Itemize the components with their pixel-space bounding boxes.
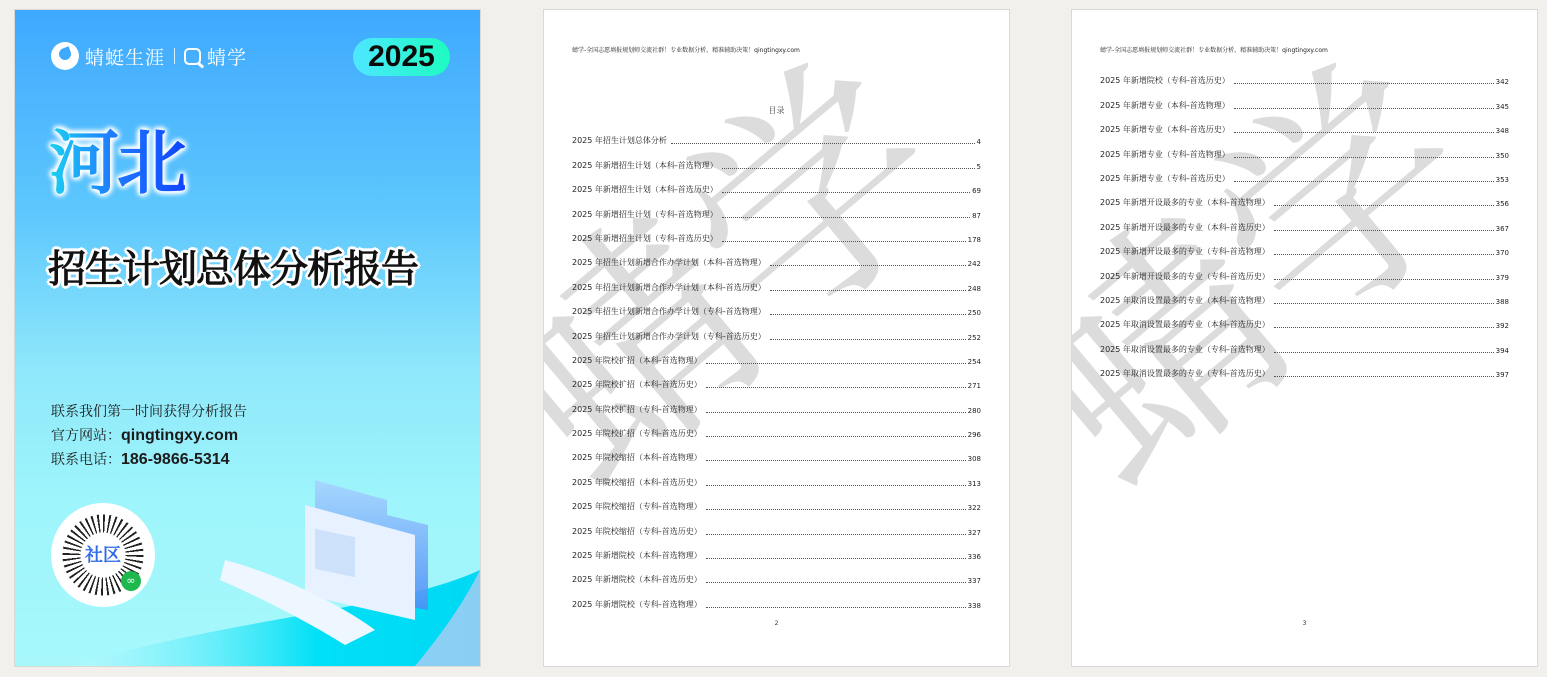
phone-label: 联系电话： bbox=[51, 452, 121, 468]
toc-entry-label: 2025 年招生计划总体分析 bbox=[572, 135, 667, 146]
toc-entry-label: 2025 年院校缩招（本科-首选物理） bbox=[572, 452, 702, 463]
toc-entry-label: 2025 年新增院校（本科-首选历史） bbox=[572, 574, 702, 585]
qr-label: 社区 bbox=[51, 541, 155, 567]
toc-entry-label: 2025 年新增开设最多的专业（本科-首选历史） bbox=[1100, 222, 1270, 233]
brand-primary: 蜻蜓生涯 bbox=[85, 43, 165, 70]
page-header: 蜻学-全国志愿填报规划师交流社群！专业数据分析，精准辅助决策！qingtingx… bbox=[1100, 45, 1328, 54]
toc-entry-label: 2025 年院校缩招（本科-首选历史） bbox=[572, 477, 702, 488]
toc-leader-dots bbox=[722, 241, 966, 242]
toc-entry[interactable]: 2025 年新增院校（专科-首选物理）338 bbox=[572, 585, 981, 609]
toc-entry-label: 2025 年取消设置最多的专业（本科-首选物理） bbox=[1100, 295, 1270, 306]
toc-leader-dots bbox=[1234, 181, 1494, 182]
toc-leader-dots bbox=[1274, 352, 1494, 353]
toc-page-3: 蜻学 蜻学-全国志愿填报规划师交流社群！专业数据分析，精准辅助决策！qingti… bbox=[1072, 10, 1537, 666]
toc-entry[interactable]: 2025 年招生计划新增合作办学计划（专科-首选历史）252 bbox=[572, 317, 981, 341]
toc-entry[interactable]: 2025 年新增院校（专科-首选历史）342 bbox=[1100, 62, 1509, 86]
toc-entry-label: 2025 年院校扩招（本科-首选物理） bbox=[572, 355, 702, 366]
toc-leader-dots bbox=[706, 387, 966, 388]
mini-program-icon: ∞ bbox=[121, 571, 141, 591]
toc-entry-page: 337 bbox=[968, 577, 981, 585]
toc-entry[interactable]: 2025 年院校缩招（专科-首选历史）327 bbox=[572, 512, 981, 536]
toc-list: 2025 年招生计划总体分析42025 年新增招生计划（本科-首选物理）5202… bbox=[572, 122, 981, 610]
toc-entry[interactable]: 2025 年招生计划新增合作办学计划（本科-首选物理）242 bbox=[572, 244, 981, 268]
toc-entry[interactable]: 2025 年新增开设最多的专业（本科-首选历史）367 bbox=[1100, 208, 1509, 232]
toc-leader-dots bbox=[706, 509, 966, 510]
toc-entry-page: 252 bbox=[968, 334, 981, 342]
toc-entry[interactable]: 2025 年新增院校（本科-首选物理）336 bbox=[572, 537, 981, 561]
cover-title-subtitle: 招生计划总体分析报告 bbox=[48, 238, 418, 293]
toc-leader-dots bbox=[706, 607, 966, 608]
toc-leader-dots bbox=[722, 217, 970, 218]
toc-entry-page: 327 bbox=[968, 529, 981, 537]
toc-leader-dots bbox=[1274, 205, 1494, 206]
toc-entry-label: 2025 年院校扩招（专科-首选历史） bbox=[572, 428, 702, 439]
toc-entry[interactable]: 2025 年院校扩招（本科-首选物理）254 bbox=[572, 342, 981, 366]
toc-entry-page: 322 bbox=[968, 504, 981, 512]
toc-entry-page: 87 bbox=[972, 212, 981, 220]
toc-entry[interactable]: 2025 年新增专业（专科-首选历史）353 bbox=[1100, 160, 1509, 184]
toc-entry-label: 2025 年新增专业（专科-首选物理） bbox=[1100, 149, 1230, 160]
toc-entry-page: 379 bbox=[1496, 274, 1509, 282]
toc-entry-label: 2025 年招生计划新增合作办学计划（专科-首选历史） bbox=[572, 331, 766, 342]
toc-entry[interactable]: 2025 年招生计划新增合作办学计划（专科-首选物理）250 bbox=[572, 293, 981, 317]
toc-entry-page: 271 bbox=[968, 382, 981, 390]
year-badge: 2025 bbox=[353, 38, 450, 76]
toc-leader-dots bbox=[706, 460, 966, 461]
toc-entry-label: 2025 年新增院校（专科-首选历史） bbox=[1100, 75, 1230, 86]
cover-page: 蜻蜓生涯 蜻学 2025 河北 招生计划总体分析报告 联系我们第一时间获得分析报… bbox=[15, 10, 480, 666]
toc-entry[interactable]: 2025 年新增招生计划（专科-首选历史）178 bbox=[572, 220, 981, 244]
toc-leader-dots bbox=[722, 192, 970, 193]
toc-entry[interactable]: 2025 年院校缩招（专科-首选物理）322 bbox=[572, 488, 981, 512]
toc-leader-dots bbox=[722, 168, 975, 169]
toc-entry-page: 356 bbox=[1496, 200, 1509, 208]
toc-entry[interactable]: 2025 年新增院校（本科-首选历史）337 bbox=[572, 561, 981, 585]
toc-entry-label: 2025 年新增开设最多的专业（专科-首选物理） bbox=[1100, 246, 1270, 257]
phone-value: 186-9866-5314 bbox=[121, 451, 230, 468]
toc-entry-page: 248 bbox=[968, 285, 981, 293]
website-value: qingtingxy.com bbox=[121, 427, 238, 444]
website-label: 官方网站： bbox=[51, 428, 121, 444]
toc-entry-label: 2025 年新增开设最多的专业（专科-首选历史） bbox=[1100, 271, 1270, 282]
toc-entry[interactable]: 2025 年招生计划总体分析4 bbox=[572, 122, 981, 146]
qingxue-logo-icon bbox=[184, 48, 201, 65]
toc-leader-dots bbox=[706, 412, 966, 413]
toc-entry-page: 296 bbox=[968, 431, 981, 439]
toc-entry-label: 2025 年院校扩招（专科-首选物理） bbox=[572, 404, 702, 415]
toc-entry[interactable]: 2025 年新增招生计划（本科-首选历史）69 bbox=[572, 171, 981, 195]
toc-entry-label: 2025 年新增招生计划（本科-首选物理） bbox=[572, 160, 718, 171]
toc-entry[interactable]: 2025 年院校缩招（本科-首选历史）313 bbox=[572, 463, 981, 487]
toc-leader-dots bbox=[1274, 303, 1494, 304]
toc-entry[interactable]: 2025 年新增专业（专科-首选物理）350 bbox=[1100, 135, 1509, 159]
toc-entry[interactable]: 2025 年新增招生计划（专科-首选物理）87 bbox=[572, 195, 981, 219]
toc-entry-label: 2025 年新增开设最多的专业（本科-首选物理） bbox=[1100, 197, 1270, 208]
page-header: 蜻学-全国志愿填报规划师交流社群！专业数据分析，精准辅助决策！qingtingx… bbox=[572, 45, 800, 54]
toc-entry-label: 2025 年新增招生计划（专科-首选物理） bbox=[572, 209, 718, 220]
page-number: 3 bbox=[1072, 620, 1537, 627]
toc-entry-page: 5 bbox=[977, 163, 981, 171]
toc-entry-page: 397 bbox=[1496, 371, 1509, 379]
toc-entry-page: 345 bbox=[1496, 103, 1509, 111]
toc-entry-page: 338 bbox=[968, 602, 981, 610]
brand-header: 蜻蜓生涯 蜻学 bbox=[51, 42, 247, 70]
toc-page-2: 蜻学 蜻学-全国志愿填报规划师交流社群！专业数据分析，精准辅助决策！qingti… bbox=[544, 10, 1009, 666]
toc-entry-label: 2025 年新增院校（专科-首选物理） bbox=[572, 599, 702, 610]
toc-entry-page: 313 bbox=[968, 480, 981, 488]
toc-leader-dots bbox=[1234, 108, 1494, 109]
toc-leader-dots bbox=[706, 485, 966, 486]
toc-leader-dots bbox=[706, 436, 966, 437]
toc-leader-dots bbox=[1234, 83, 1494, 84]
toc-entry[interactable]: 2025 年招生计划新增合作办学计划（本科-首选历史）248 bbox=[572, 268, 981, 292]
toc-entry-label: 2025 年新增专业（本科-首选历史） bbox=[1100, 124, 1230, 135]
toc-entry[interactable]: 2025 年院校扩招（专科-首选物理）280 bbox=[572, 390, 981, 414]
toc-entry-label: 2025 年招生计划新增合作办学计划（本科-首选历史） bbox=[572, 282, 766, 293]
toc-entry[interactable]: 2025 年取消设置最多的专业（专科-首选物理）394 bbox=[1100, 330, 1509, 354]
toc-entry-page: 242 bbox=[968, 260, 981, 268]
toc-entry[interactable]: 2025 年院校扩招（本科-首选历史）271 bbox=[572, 366, 981, 390]
toc-entry-page: 178 bbox=[968, 236, 981, 244]
toc-entry-label: 2025 年院校缩招（专科-首选历史） bbox=[572, 526, 702, 537]
toc-leader-dots bbox=[1274, 230, 1494, 231]
toc-entry-page: 69 bbox=[972, 187, 981, 195]
toc-entry-label: 2025 年新增院校（本科-首选物理） bbox=[572, 550, 702, 561]
brand-secondary: 蜻学 bbox=[207, 43, 247, 70]
toc-entry[interactable]: 2025 年新增专业（本科-首选历史）348 bbox=[1100, 111, 1509, 135]
toc-entry-page: 350 bbox=[1496, 152, 1509, 160]
toc-entry-label: 2025 年取消设置最多的专业（专科-首选历史） bbox=[1100, 368, 1270, 379]
toc-entry-page: 254 bbox=[968, 358, 981, 366]
toc-entry[interactable]: 2025 年新增开设最多的专业（专科-首选历史）379 bbox=[1100, 257, 1509, 281]
toc-leader-dots bbox=[1274, 279, 1494, 280]
toc-entry-page: 348 bbox=[1496, 127, 1509, 135]
toc-entry-page: 308 bbox=[968, 455, 981, 463]
toc-entry[interactable]: 2025 年新增开设最多的专业（本科-首选物理）356 bbox=[1100, 184, 1509, 208]
toc-entry[interactable]: 2025 年新增招生计划（本科-首选物理）5 bbox=[572, 146, 981, 170]
toc-entry-page: 394 bbox=[1496, 347, 1509, 355]
toc-entry-page: 250 bbox=[968, 309, 981, 317]
toc-entry-page: 336 bbox=[968, 553, 981, 561]
toc-entry-page: 4 bbox=[977, 138, 981, 146]
toc-entry-page: 392 bbox=[1496, 322, 1509, 330]
page-number: 2 bbox=[544, 620, 1009, 627]
toc-entry-page: 353 bbox=[1496, 176, 1509, 184]
toc-leader-dots bbox=[1274, 254, 1494, 255]
toc-heading: 目录 bbox=[544, 105, 1009, 116]
toc-leader-dots bbox=[1234, 157, 1494, 158]
toc-entry[interactable]: 2025 年新增开设最多的专业（专科-首选物理）370 bbox=[1100, 233, 1509, 257]
brand-divider bbox=[174, 48, 175, 64]
toc-entry-label: 2025 年招生计划新增合作办学计划（本科-首选物理） bbox=[572, 257, 766, 268]
toc-entry[interactable]: 2025 年取消设置最多的专业（本科-首选物理）388 bbox=[1100, 282, 1509, 306]
toc-entry[interactable]: 2025 年院校缩招（本科-首选物理）308 bbox=[572, 439, 981, 463]
toc-entry-label: 2025 年取消设置最多的专业（专科-首选物理） bbox=[1100, 344, 1270, 355]
toc-leader-dots bbox=[706, 363, 966, 364]
toc-entry-label: 2025 年新增专业（本科-首选物理） bbox=[1100, 100, 1230, 111]
toc-entry-page: 388 bbox=[1496, 298, 1509, 306]
toc-leader-dots bbox=[706, 582, 966, 583]
toc-entry[interactable]: 2025 年院校扩招（专科-首选历史）296 bbox=[572, 415, 981, 439]
toc-entry-page: 370 bbox=[1496, 249, 1509, 257]
toc-entry-label: 2025 年院校扩招（本科-首选历史） bbox=[572, 379, 702, 390]
toc-entry-page: 280 bbox=[968, 407, 981, 415]
toc-leader-dots bbox=[770, 290, 966, 291]
toc-list: 2025 年新增院校（专科-首选历史）3422025 年新增专业（本科-首选物理… bbox=[1100, 62, 1509, 379]
toc-leader-dots bbox=[1234, 132, 1494, 133]
toc-entry[interactable]: 2025 年取消设置最多的专业（本科-首选历史）392 bbox=[1100, 306, 1509, 330]
cover-title-region: 河北 bbox=[49, 128, 185, 198]
toc-entry-label: 2025 年新增招生计划（专科-首选历史） bbox=[572, 233, 718, 244]
toc-leader-dots bbox=[770, 314, 966, 315]
toc-entry-page: 367 bbox=[1496, 225, 1509, 233]
contact-line: 联系我们第一时间获得分析报告 bbox=[51, 400, 247, 424]
toc-leader-dots bbox=[706, 558, 966, 559]
contact-block: 联系我们第一时间获得分析报告 官方网站：qingtingxy.com 联系电话：… bbox=[51, 400, 247, 472]
toc-entry-page: 342 bbox=[1496, 78, 1509, 86]
toc-leader-dots bbox=[770, 339, 966, 340]
toc-entry[interactable]: 2025 年新增专业（本科-首选物理）345 bbox=[1100, 86, 1509, 110]
toc-entry-label: 2025 年新增专业（专科-首选历史） bbox=[1100, 173, 1230, 184]
toc-leader-dots bbox=[706, 534, 966, 535]
toc-leader-dots bbox=[671, 143, 975, 144]
toc-entry-label: 2025 年新增招生计划（本科-首选历史） bbox=[572, 184, 718, 195]
toc-leader-dots bbox=[770, 265, 966, 266]
toc-entry[interactable]: 2025 年取消设置最多的专业（专科-首选历史）397 bbox=[1100, 355, 1509, 379]
toc-entry-label: 2025 年取消设置最多的专业（本科-首选历史） bbox=[1100, 319, 1270, 330]
toc-entry-label: 2025 年院校缩招（专科-首选物理） bbox=[572, 501, 702, 512]
toc-leader-dots bbox=[1274, 327, 1494, 328]
dragonfly-logo-icon bbox=[51, 42, 79, 70]
toc-leader-dots bbox=[1274, 376, 1494, 377]
community-qr-code: 社区 ∞ bbox=[51, 503, 155, 607]
toc-entry-label: 2025 年招生计划新增合作办学计划（专科-首选物理） bbox=[572, 306, 766, 317]
